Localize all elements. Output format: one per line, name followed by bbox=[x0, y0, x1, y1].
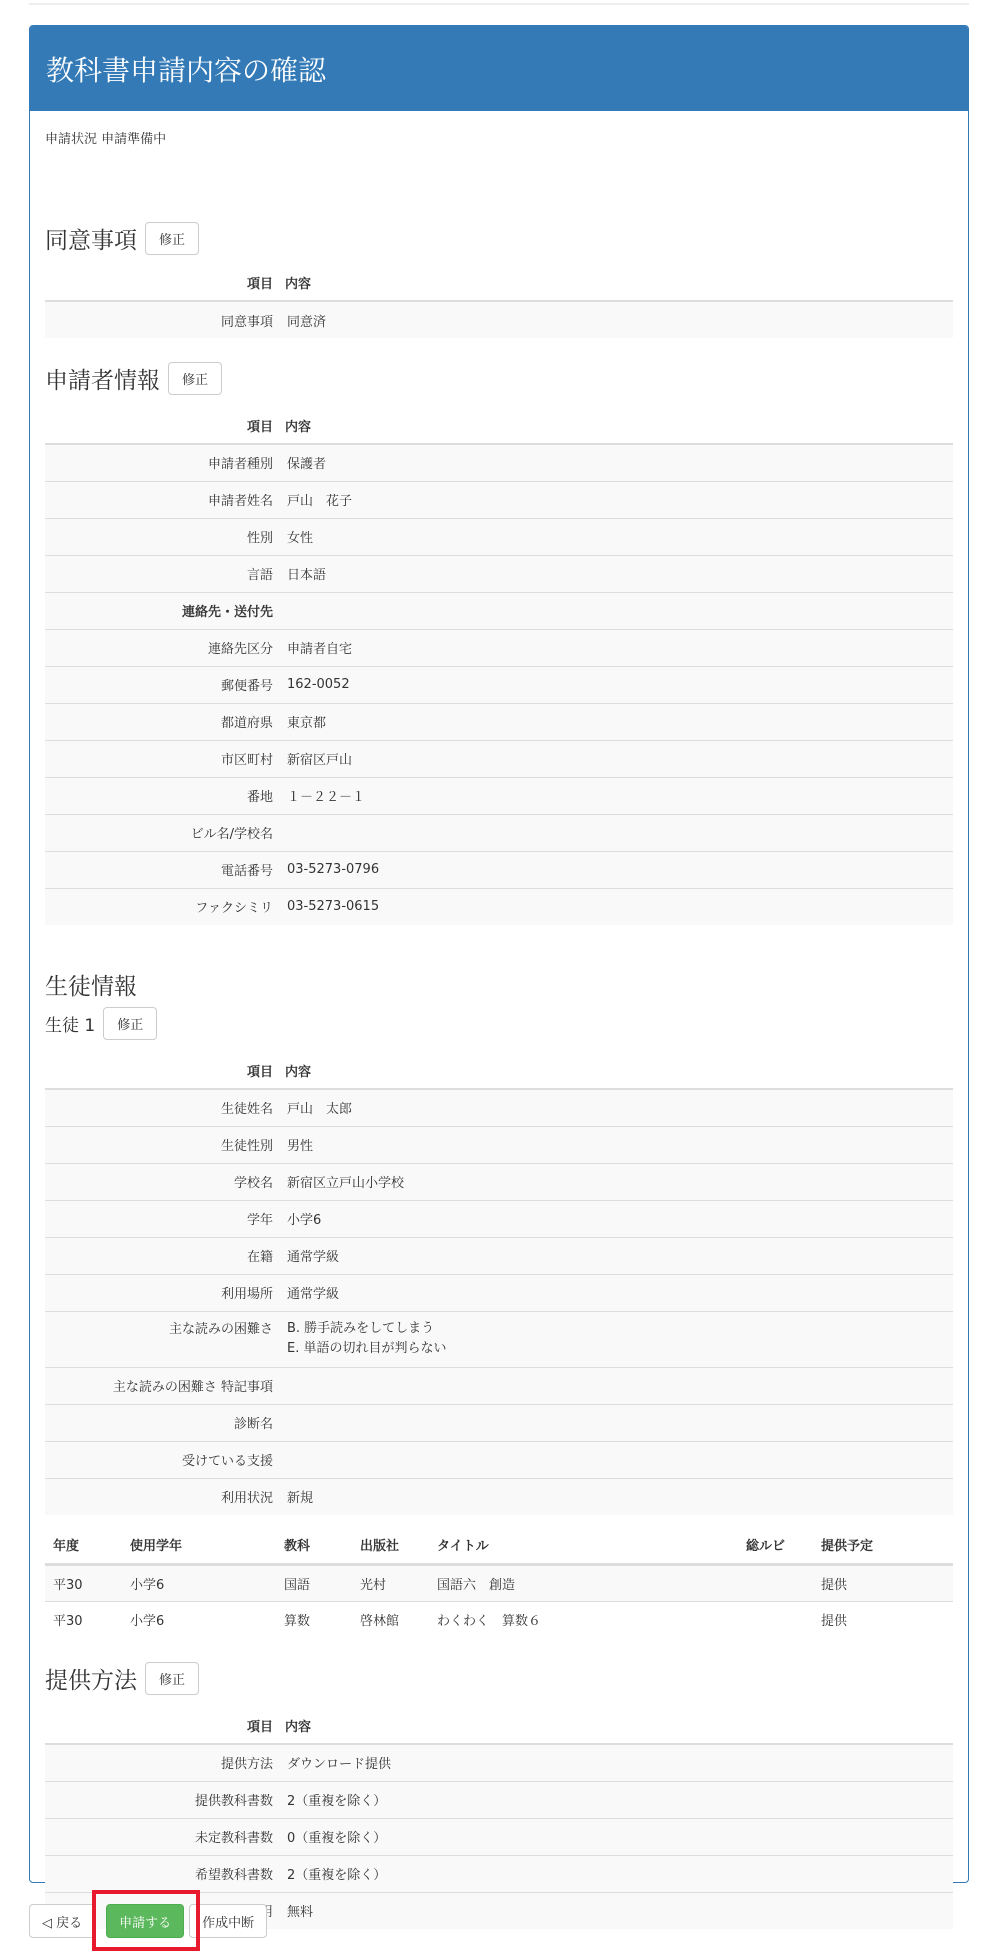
row-label: 市区町村 bbox=[45, 740, 279, 777]
edit-student-1-button[interactable]: 修正 bbox=[103, 1007, 157, 1040]
row-value: 03-5273-0615 bbox=[279, 888, 953, 925]
col-content: 内容 bbox=[279, 1052, 953, 1089]
edit-delivery-button[interactable]: 修正 bbox=[145, 1662, 199, 1695]
row-value: B. 勝手読みをしてしまう E. 単語の切れ目が判らない bbox=[279, 1311, 953, 1367]
row-label: 都道府県 bbox=[45, 703, 279, 740]
row-value: 小学6 bbox=[279, 1200, 953, 1237]
row-value: 03-5273-0796 bbox=[279, 851, 953, 888]
row-label: 同意事項 bbox=[45, 301, 279, 338]
row-label: 性別 bbox=[45, 518, 279, 555]
row-label: 利用状況 bbox=[45, 1478, 279, 1515]
col-ruby: 総ルビ bbox=[738, 1527, 813, 1564]
table-row: 利用状況新規 bbox=[45, 1478, 953, 1515]
status-value: 申請準備中 bbox=[101, 132, 166, 147]
section-title-consent: 同意事項 bbox=[45, 222, 137, 255]
row-label: 受けている支援 bbox=[45, 1441, 279, 1478]
row-value bbox=[279, 1441, 953, 1478]
table-row: 提供方法ダウンロード提供 bbox=[45, 1744, 953, 1781]
student-1-table: 項目 内容 生徒姓名戸山 太郎 生徒性別男性 学校名新宿区立戸山小学校 学年小学… bbox=[45, 1052, 953, 1515]
student-section: 生徒情報 生徒 1 修正 項目 内容 生徒姓名戸山 太郎 生徒性別男性 学校名新… bbox=[45, 966, 953, 1638]
submit-application-button[interactable]: 申請する bbox=[106, 1904, 184, 1938]
table-row: 申請者種別保護者 bbox=[45, 444, 953, 481]
table-row: 提供教科書数2（重複を除く） bbox=[45, 1781, 953, 1818]
table-row: 診断名 bbox=[45, 1404, 953, 1441]
cell-ruby bbox=[738, 1564, 813, 1601]
table-row: 利用場所通常学級 bbox=[45, 1274, 953, 1311]
cell-grade: 小学6 bbox=[122, 1564, 276, 1601]
row-value: 戸山 太郎 bbox=[279, 1089, 953, 1126]
row-label: 在籍 bbox=[45, 1237, 279, 1274]
section-title-delivery: 提供方法 bbox=[45, 1662, 137, 1695]
row-label: 言語 bbox=[45, 555, 279, 592]
row-value: 男性 bbox=[279, 1126, 953, 1163]
col-year: 年度 bbox=[45, 1527, 122, 1564]
cell-subject: 国語 bbox=[276, 1564, 352, 1601]
row-value: 東京都 bbox=[279, 703, 953, 740]
student-1-title: 生徒 1 bbox=[45, 1011, 95, 1036]
consent-section: 同意事項 修正 項目 内容 同意事項 同意済 bbox=[45, 221, 953, 338]
row-value: 日本語 bbox=[279, 555, 953, 592]
row-value: 申請者自宅 bbox=[279, 629, 953, 666]
table-row: 都道府県東京都 bbox=[45, 703, 953, 740]
page-title: 教科書申請内容の確認 bbox=[30, 26, 968, 111]
applicant-table: 項目 内容 申請者種別保護者 申請者姓名戸山 花子 性別女性 言語日本語 連絡先… bbox=[45, 407, 953, 925]
table-row: 郵便番号162-0052 bbox=[45, 666, 953, 703]
row-label: 連絡先区分 bbox=[45, 629, 279, 666]
table-row: 未定教科書数0（重複を除く） bbox=[45, 1818, 953, 1855]
row-label: 提供教科書数 bbox=[45, 1781, 279, 1818]
row-label: 学校名 bbox=[45, 1163, 279, 1200]
row-value bbox=[279, 1404, 953, 1441]
col-item: 項目 bbox=[45, 1707, 279, 1744]
row-label: 主な読みの困難さ bbox=[45, 1311, 279, 1367]
row-label: 番地 bbox=[45, 777, 279, 814]
col-content: 内容 bbox=[279, 264, 953, 301]
row-value: 新規 bbox=[279, 1478, 953, 1515]
cell-publisher: 光村 bbox=[352, 1564, 429, 1601]
col-title: タイトル bbox=[429, 1527, 738, 1564]
cell-title: 国語六 創造 bbox=[429, 1564, 738, 1601]
table-row: 番地１－２２－１ bbox=[45, 777, 953, 814]
col-item: 項目 bbox=[45, 1052, 279, 1089]
cell-title: わくわく 算数６ bbox=[429, 1601, 738, 1638]
row-value: 保護者 bbox=[279, 444, 953, 481]
textbook-table: 年度 使用学年 教科 出版社 タイトル 総ルビ 提供予定 平30 小学6 国語 … bbox=[45, 1527, 953, 1638]
table-row: ビル名/学校名 bbox=[45, 814, 953, 851]
row-value bbox=[279, 1367, 953, 1404]
row-value: ダウンロード提供 bbox=[279, 1744, 953, 1781]
row-label: ビル名/学校名 bbox=[45, 814, 279, 851]
cell-grade: 小学6 bbox=[122, 1601, 276, 1638]
table-row: 電話番号03-5273-0796 bbox=[45, 851, 953, 888]
cell-plan: 提供 bbox=[813, 1564, 953, 1601]
delivery-section: 提供方法 修正 項目 内容 提供方法ダウンロード提供 提供教科書数2（重複を除く… bbox=[45, 1661, 953, 1929]
table-row: ファクシミリ03-5273-0615 bbox=[45, 888, 953, 925]
col-content: 内容 bbox=[279, 1707, 953, 1744]
edit-applicant-button[interactable]: 修正 bbox=[168, 362, 222, 395]
table-row: 申請者姓名戸山 花子 bbox=[45, 481, 953, 518]
table-row-subheading: 連絡先・送付先 bbox=[45, 592, 953, 629]
cell-subject: 算数 bbox=[276, 1601, 352, 1638]
row-value: １－２２－１ bbox=[279, 777, 953, 814]
table-row: 受けている支援 bbox=[45, 1441, 953, 1478]
row-label: 申請者姓名 bbox=[45, 481, 279, 518]
consent-table: 項目 内容 同意事項 同意済 bbox=[45, 264, 953, 338]
table-row: 言語日本語 bbox=[45, 555, 953, 592]
row-value: 2（重複を除く） bbox=[279, 1781, 953, 1818]
col-subject: 教科 bbox=[276, 1527, 352, 1564]
row-label: 生徒性別 bbox=[45, 1126, 279, 1163]
row-label: 郵便番号 bbox=[45, 666, 279, 703]
table-row: 連絡先区分申請者自宅 bbox=[45, 629, 953, 666]
table-row: 生徒性別男性 bbox=[45, 1126, 953, 1163]
row-label: 提供方法 bbox=[45, 1744, 279, 1781]
col-content: 内容 bbox=[279, 407, 953, 444]
cell-ruby bbox=[738, 1601, 813, 1638]
row-value: 2（重複を除く） bbox=[279, 1855, 953, 1892]
cell-plan: 提供 bbox=[813, 1601, 953, 1638]
col-item: 項目 bbox=[45, 264, 279, 301]
row-label: 電話番号 bbox=[45, 851, 279, 888]
row-value bbox=[279, 814, 953, 851]
row-subheading: 連絡先・送付先 bbox=[45, 592, 279, 629]
row-label: 診断名 bbox=[45, 1404, 279, 1441]
row-value: 0（重複を除く） bbox=[279, 1818, 953, 1855]
row-value: 戸山 花子 bbox=[279, 481, 953, 518]
table-row: 市区町村新宿区戸山 bbox=[45, 740, 953, 777]
back-button[interactable]: ◁ 戻る bbox=[29, 1904, 95, 1938]
table-row: 平30 小学6 算数 啓林館 わくわく 算数６ 提供 bbox=[45, 1601, 953, 1638]
row-label: ファクシミリ bbox=[45, 888, 279, 925]
table-row: 主な読みの困難さ B. 勝手読みをしてしまう E. 単語の切れ目が判らない bbox=[45, 1311, 953, 1367]
row-value: 無料 bbox=[279, 1892, 953, 1929]
table-row: 生徒姓名戸山 太郎 bbox=[45, 1089, 953, 1126]
row-value: 新宿区立戸山小学校 bbox=[279, 1163, 953, 1200]
row-value: 162-0052 bbox=[279, 666, 953, 703]
confirmation-panel: 教科書申請内容の確認 申請状況 申請準備中 同意事項 修正 項目 内容 同意事項… bbox=[29, 25, 969, 1883]
row-value bbox=[279, 592, 953, 629]
row-label: 希望教科書数 bbox=[45, 1855, 279, 1892]
table-row: 学校名新宿区立戸山小学校 bbox=[45, 1163, 953, 1200]
row-label: 申請者種別 bbox=[45, 444, 279, 481]
table-row: 在籍通常学級 bbox=[45, 1237, 953, 1274]
reading-difficulty-2: E. 単語の切れ目が判らない bbox=[287, 1339, 947, 1359]
delivery-table: 項目 内容 提供方法ダウンロード提供 提供教科書数2（重複を除く） 未定教科書数… bbox=[45, 1707, 953, 1929]
reading-difficulty-1: B. 勝手読みをしてしまう bbox=[287, 1319, 947, 1339]
applicant-section: 申請者情報 修正 項目 内容 申請者種別保護者 申請者姓名戸山 花子 性別女性 … bbox=[45, 361, 953, 925]
table-row: 学年小学6 bbox=[45, 1200, 953, 1237]
row-value: 通常学級 bbox=[279, 1274, 953, 1311]
application-status: 申請状況 申請準備中 bbox=[45, 128, 166, 147]
row-value: 女性 bbox=[279, 518, 953, 555]
row-label: 利用場所 bbox=[45, 1274, 279, 1311]
cell-publisher: 啓林館 bbox=[352, 1601, 429, 1638]
table-row: 同意事項 同意済 bbox=[45, 301, 953, 338]
row-label: 主な読みの困難さ 特記事項 bbox=[45, 1367, 279, 1404]
section-title-applicant: 申請者情報 bbox=[45, 362, 160, 395]
row-label: 学年 bbox=[45, 1200, 279, 1237]
table-row: 性別女性 bbox=[45, 518, 953, 555]
col-publisher: 出版社 bbox=[352, 1527, 429, 1564]
row-label: 未定教科書数 bbox=[45, 1818, 279, 1855]
section-title-students: 生徒情報 bbox=[45, 968, 137, 1001]
row-value: 新宿区戸山 bbox=[279, 740, 953, 777]
table-row: 希望教科書数2（重複を除く） bbox=[45, 1855, 953, 1892]
edit-consent-button[interactable]: 修正 bbox=[145, 222, 199, 255]
form-actions: ◁ 戻る 申請する 作成中断 bbox=[29, 1904, 267, 1938]
row-label: 生徒姓名 bbox=[45, 1089, 279, 1126]
col-plan: 提供予定 bbox=[813, 1527, 953, 1564]
col-item: 項目 bbox=[45, 407, 279, 444]
status-label: 申請状況 bbox=[45, 132, 97, 147]
table-row: 平30 小学6 国語 光村 国語六 創造 提供 bbox=[45, 1564, 953, 1601]
row-value: 通常学級 bbox=[279, 1237, 953, 1274]
cell-year: 平30 bbox=[45, 1601, 122, 1638]
row-value: 同意済 bbox=[279, 301, 953, 338]
cell-year: 平30 bbox=[45, 1564, 122, 1601]
suspend-creation-button[interactable]: 作成中断 bbox=[189, 1904, 267, 1938]
table-row: 主な読みの困難さ 特記事項 bbox=[45, 1367, 953, 1404]
col-grade: 使用学年 bbox=[122, 1527, 276, 1564]
top-divider bbox=[29, 3, 969, 5]
